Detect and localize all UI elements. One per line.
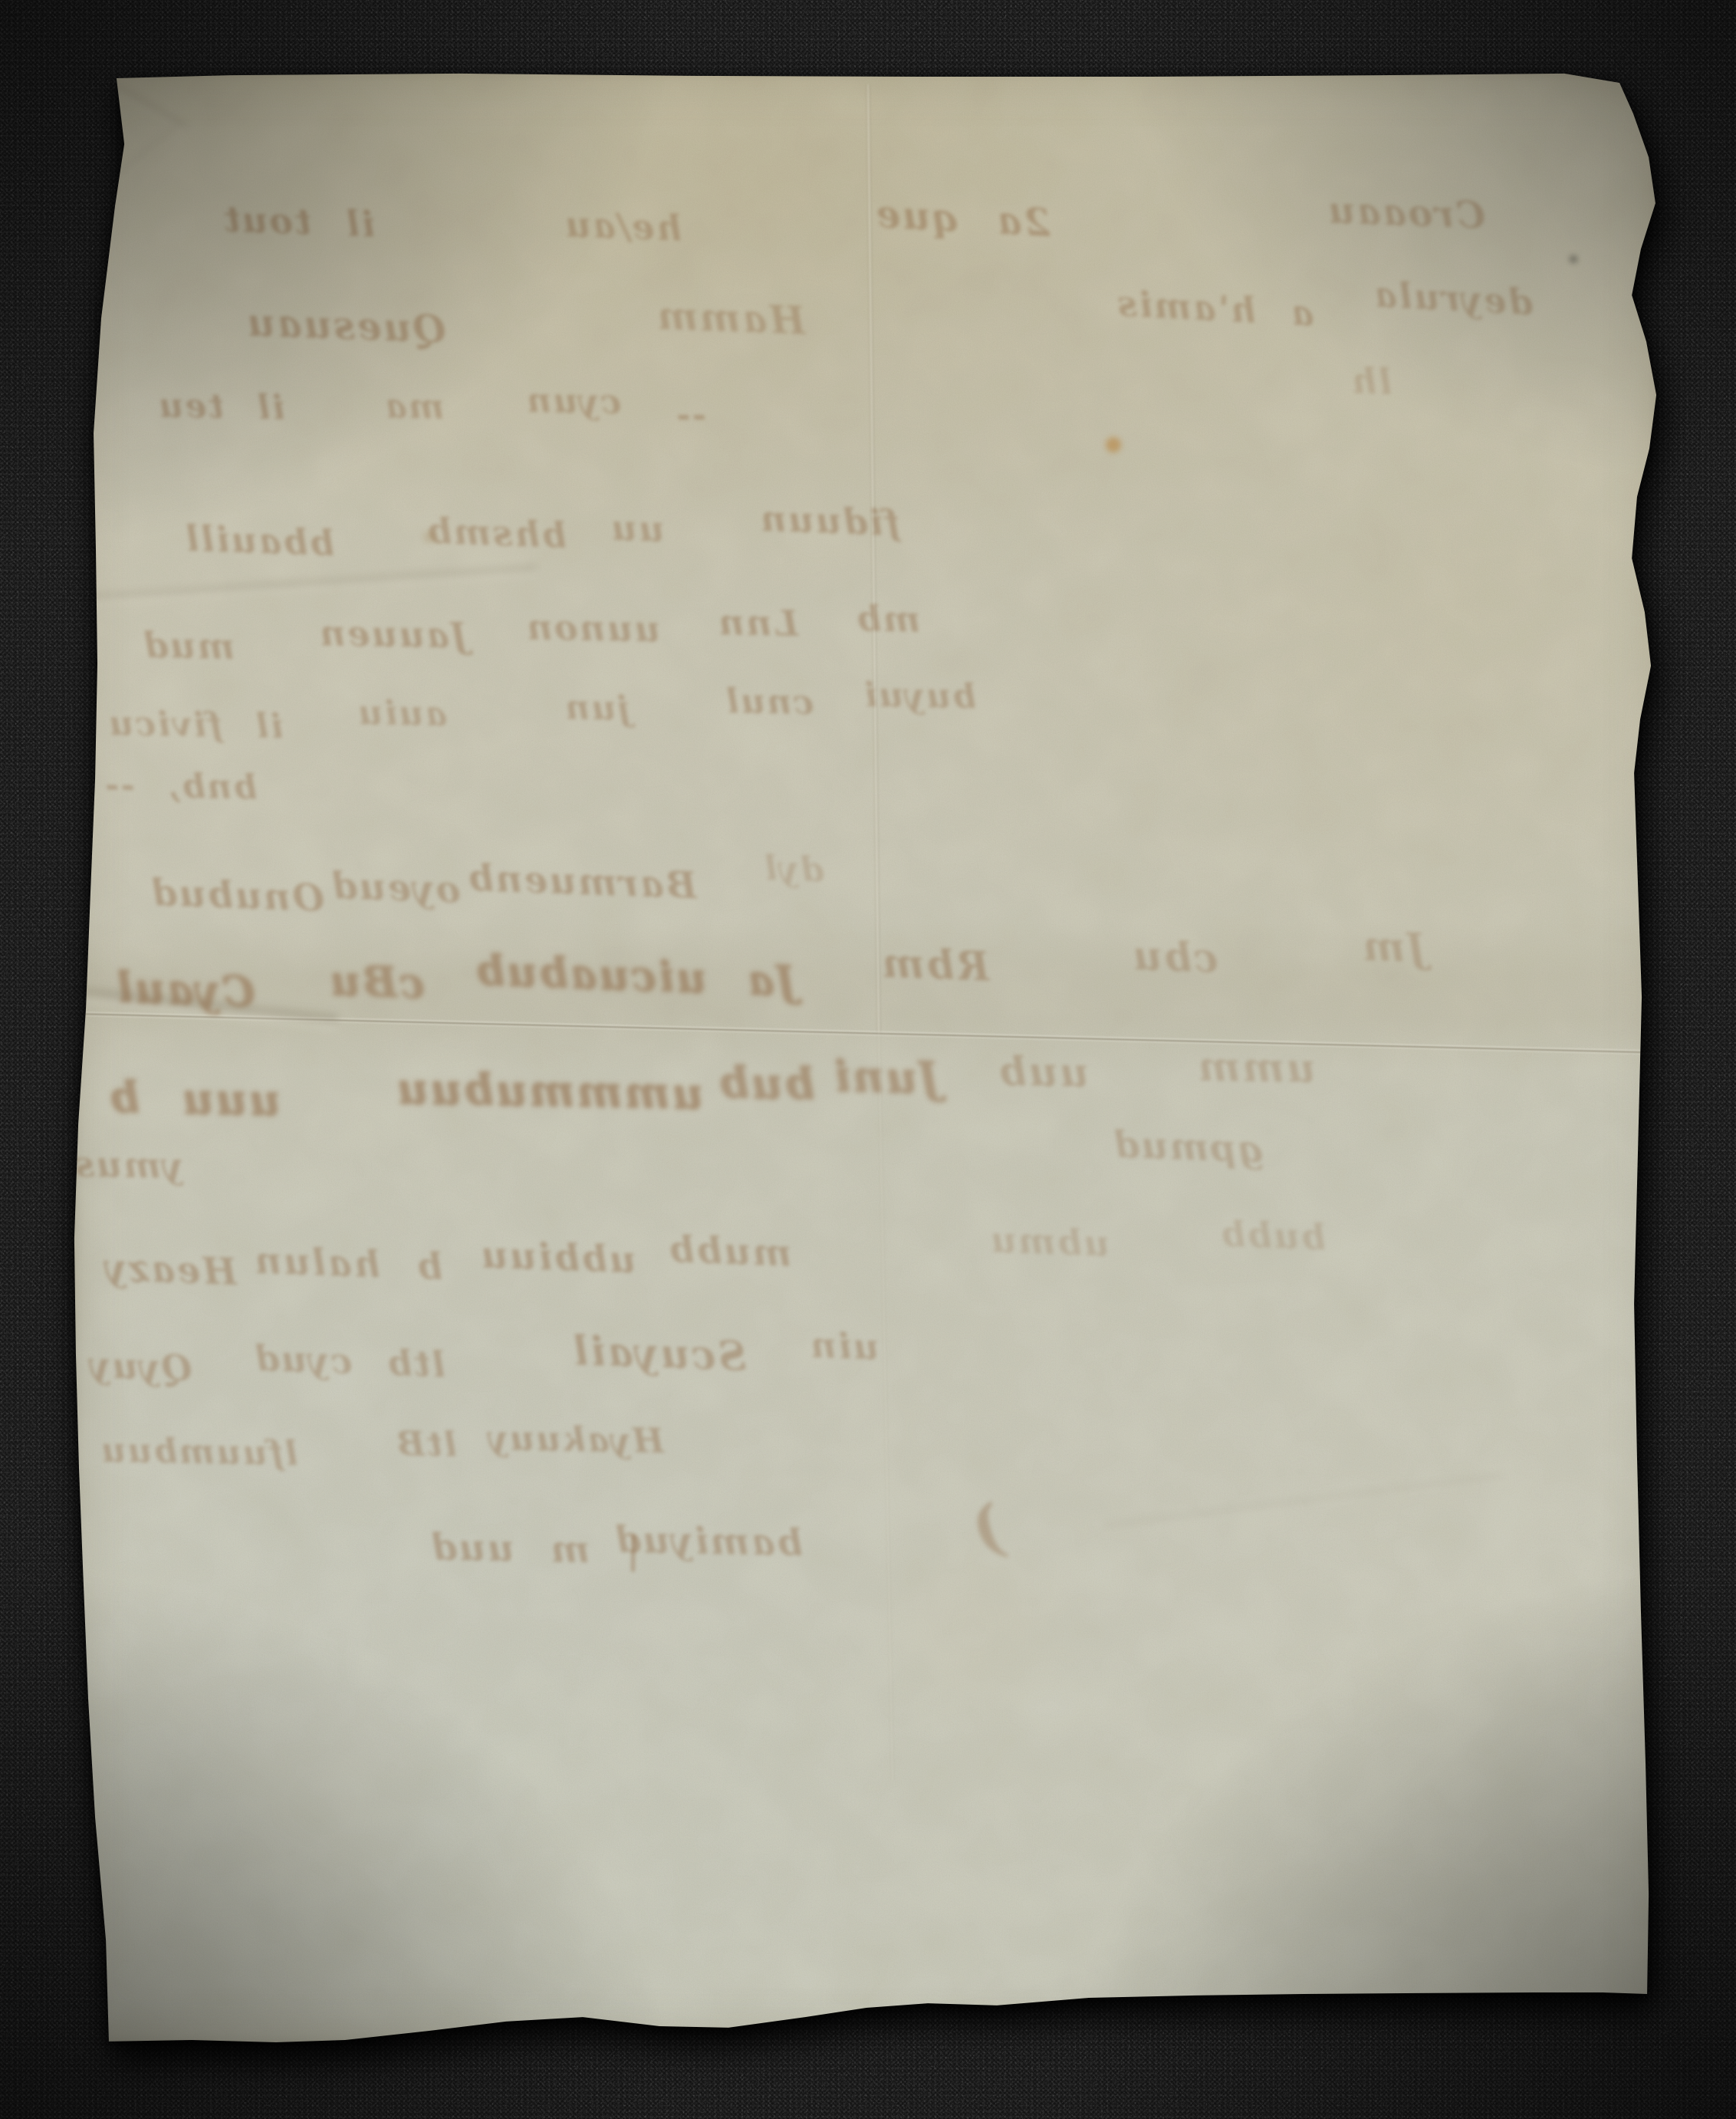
photograph-scene: il touthe/au2a queCroaauQuesuauHamma h'a…	[0, 0, 1736, 2119]
manuscript-paper: il touthe/au2a queCroaauQuesuauHamma h'a…	[0, 0, 1736, 2119]
paper-shadow-wrap: il touthe/au2a queCroaauQuesuauHamma h'a…	[0, 0, 1736, 2119]
paper-surface	[0, 0, 1736, 2119]
